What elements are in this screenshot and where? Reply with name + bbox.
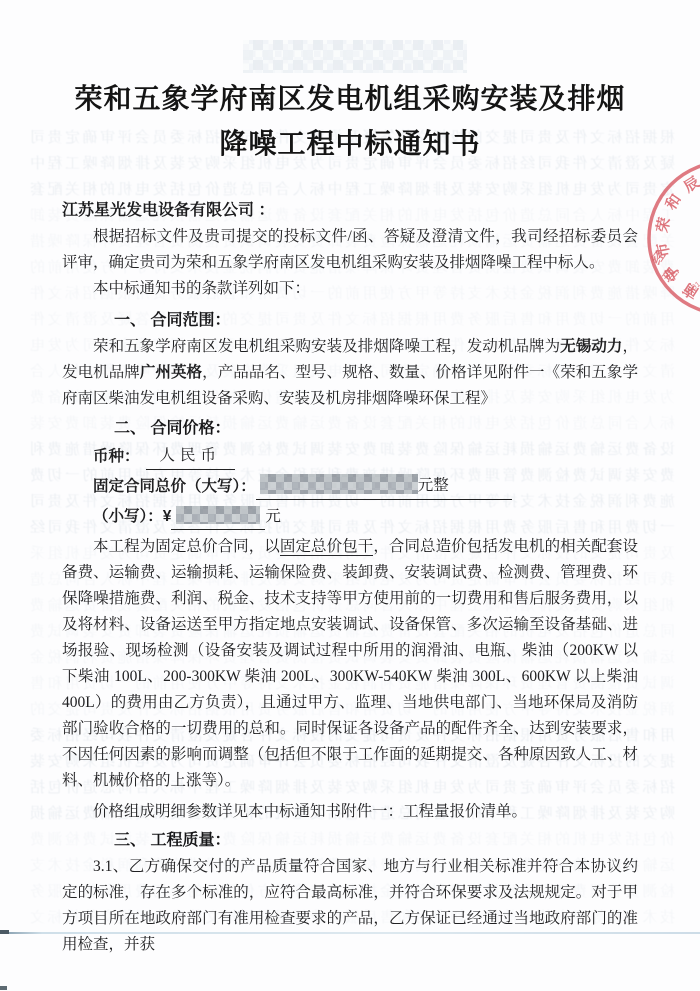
redacted-amount-mosaic [176, 506, 260, 524]
document-content: 荣和五象学府南区发电机组采购安装及排烟 降噪工程中标通知书 江苏星光发电设备有限… [62, 0, 638, 958]
recipient-line: 江苏星光发电设备有限公司 ： [62, 198, 638, 224]
generator-brand: 广州英格 [140, 364, 202, 381]
price-uppercase-value: 元整 [256, 470, 512, 500]
scan-edge-mark-left [0, 930, 9, 934]
title-line-2: 降噪工程中标通知书 [62, 121, 638, 166]
section-1-heading: 一、 合同范围： [62, 308, 638, 334]
currency-line: 币种：人民币 [62, 442, 638, 470]
seal-arc-character: 荣 [653, 216, 674, 234]
scope-text-pre: 荣和五象学府南区发电机组采购安装及排烟降噪工程，发动机品牌为 [93, 338, 560, 355]
currency-value: 人民币 [146, 442, 236, 470]
scan-corner-mark [0, 986, 7, 990]
seal-arc-character: 市 [653, 241, 674, 259]
intro-paragraph: 根据招标文件及贵司提交的投标文件/函、答疑及澄清文件，我司经招标委员会评审，确定… [62, 224, 638, 276]
price-terms-post: ，合同总造价包括发电机的相关配套设备费、运输费、运输损耗、运输保险费、装卸费、安… [62, 538, 638, 789]
price-terms-paragraph: 本工程为固定总价合同，以固定总价包干，合同总造价包括发电机的相关配套设备费、运输… [62, 534, 638, 794]
price-terms-pre: 本工程为固定总价合同，以 [93, 538, 280, 555]
currency-symbol: ¥ [163, 508, 172, 525]
seal-inner-character: 理 [660, 264, 681, 284]
redacted-price-mosaic [260, 474, 418, 494]
seal-arc-character: 宁 [661, 262, 684, 285]
seal-inner-character: 经 [648, 248, 668, 267]
engine-brand: 无锡动力 [560, 338, 622, 355]
price-uppercase-suffix: 元整 [418, 477, 449, 494]
section-3-heading: 三、 工程质量： [62, 828, 638, 854]
scanned-document-page: 根据招标文件及贵司提交的投标文件答疑及澄清文件我司经招标委员会评审确定贵司为发电… [0, 0, 700, 991]
price-note-paragraph: 价格组成明细参数详见本中标通知书附件一：工程量报价清单。 [62, 799, 638, 825]
terms-line: 本中标通知书的条款详列如下： [62, 276, 638, 302]
price-uppercase-line: 固定合同总价（大写）：元整 [62, 470, 638, 500]
seal-registration-digits: 4501 [683, 279, 700, 297]
seal-arc-character: 辰 [681, 174, 700, 196]
title-line-1: 荣和五象学府南区发电机组采购安装及排烟 [62, 76, 638, 121]
price-lowercase-suffix: 元 [265, 508, 281, 525]
lump-sum-underlined: 固定总价包干 [280, 538, 373, 556]
seal-arc-character: 和 [662, 191, 685, 214]
currency-label: 币种： [93, 448, 140, 465]
section-3-paragraph: 3.1、乙方确保交付的产品质量符合国家、地方与行业相关标准并符合本协议约定的标准… [62, 854, 638, 958]
price-uppercase-label: 固定合同总价（大写）： [93, 478, 256, 495]
price-lowercase-label: （小写）： [93, 508, 163, 525]
document-title: 荣和五象学府南区发电机组采购安装及排烟 降噪工程中标通知书 [62, 76, 638, 168]
section-1-paragraph: 荣和五象学府南区发电机组采购安装及排烟降噪工程，发动机品牌为无锡动力，发电机品牌… [62, 334, 638, 412]
seal-arc-character: 南 [679, 279, 700, 302]
section-2-heading: 二、 合同价格： [62, 416, 638, 442]
page-bottom-scan-edge [0, 932, 700, 934]
price-lowercase-value [171, 500, 265, 530]
price-lowercase-line: （小写）：¥元 [62, 500, 638, 530]
seal-ring [649, 162, 700, 314]
